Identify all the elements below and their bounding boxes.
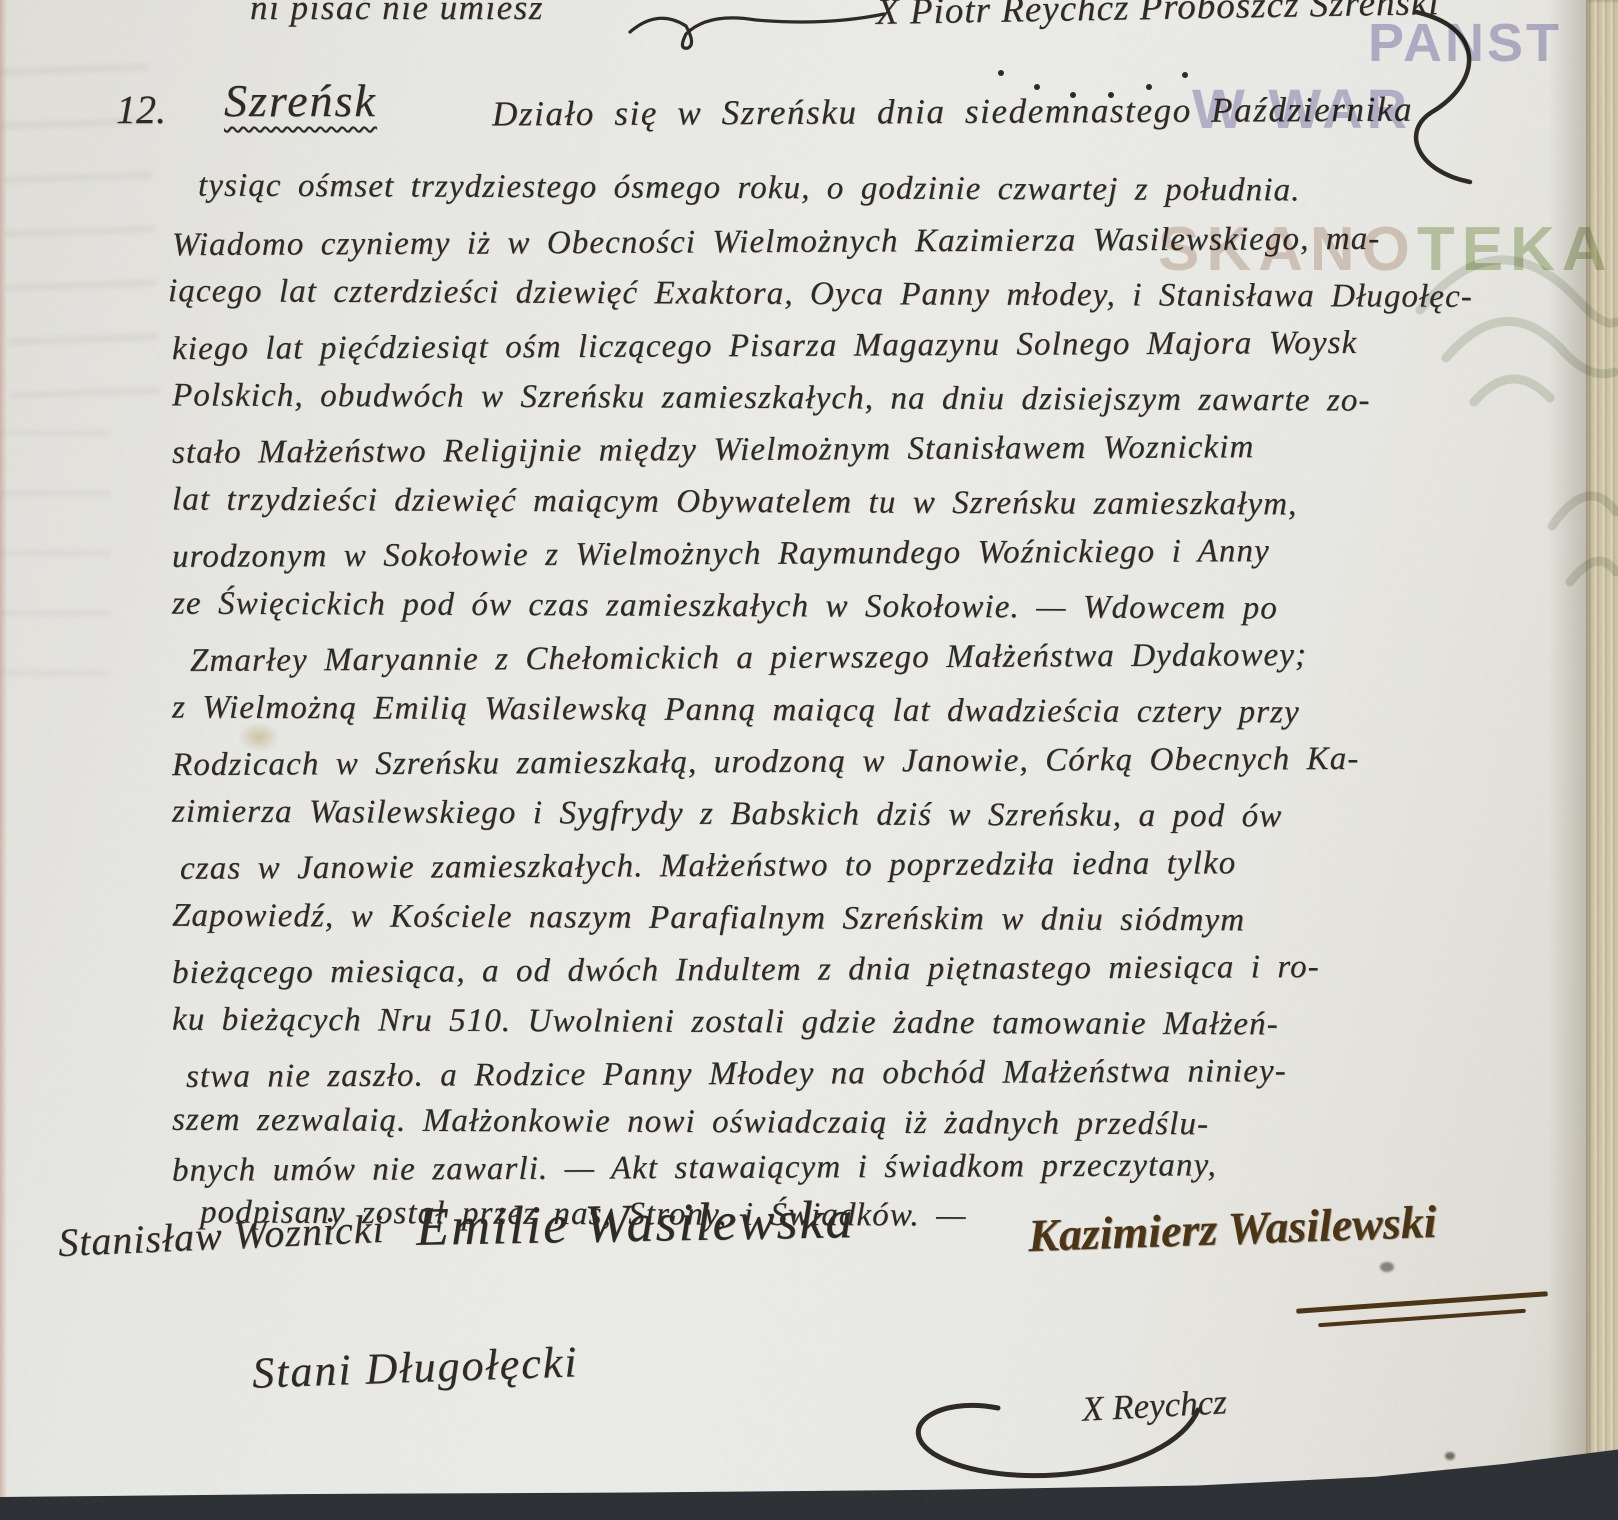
archive-watermark-text: PANST	[1368, 12, 1562, 74]
bleed-through-marks	[0, 430, 110, 690]
record-line: zimierza Wasilewskiego i Sygfrydy z Babs…	[172, 794, 1282, 836]
signature-emilie-wasilewska: Emilie Wasilewska	[415, 1188, 854, 1258]
record-line: szem zezwalaią. Małżonkowie nowi oświadc…	[172, 1102, 1209, 1144]
record-line: stało Małżeństwo Religijnie między Wielm…	[172, 429, 1255, 472]
ink-dot	[998, 70, 1004, 76]
record-line: stwa nie zaszło. a Rodzice Panny Młodey …	[186, 1053, 1287, 1096]
signature-underline	[1318, 1309, 1526, 1327]
signature-kazimierz-wasilewski: Kazimierz Wasilewski	[1027, 1195, 1437, 1262]
skanoteka-watermark-right: TEKA	[1417, 215, 1614, 284]
record-line: z Wielmożną Emilią Wasilewską Panną maią…	[172, 690, 1300, 732]
record-line: lat trzydzieści dziewięć maiącym Obywate…	[172, 482, 1298, 524]
signature-woznicki: Stanisław Woznicki	[57, 1205, 385, 1266]
record-line: czas w Janowie zamieszkałych. Małżeństwo…	[180, 845, 1237, 888]
register-page-scan: ni pisać nie umiesz X Piotr Reychcz Prob…	[0, 0, 1618, 1520]
record-line: Polskich, obudwóch w Szreńsku zamieszkał…	[172, 377, 1371, 419]
skanoteka-watermark-left: SKANO	[1158, 215, 1417, 284]
ink-speck	[1380, 1262, 1394, 1272]
ink-speck	[1445, 1452, 1455, 1460]
record-line: bieżącego miesiąca, a od dwóch Indultem …	[172, 949, 1320, 992]
archive-watermark-text: W WAR	[1192, 76, 1411, 141]
record-line: bnych umów nie zawarli. — Akt stawaiącym…	[172, 1147, 1217, 1189]
record-line: Zmarłey Maryannie z Chełomickich a pierw…	[190, 637, 1307, 680]
ink-dot	[1182, 72, 1188, 78]
record-line: Zapowiedź, w Kościele naszym Parafialnym…	[172, 898, 1245, 940]
record-place-name: Szreńsk	[224, 74, 377, 127]
record-line: Rodzicach w Szreńsku zamieszkałą, urodzo…	[172, 741, 1360, 784]
pen-flourish	[622, 2, 892, 50]
skanoteka-watermark-text: SKANOTEKA	[1158, 214, 1614, 285]
record-line: ku bieżących Nru 510. Uwolnieni zostali …	[172, 1002, 1279, 1044]
record-number: 12.	[116, 86, 166, 133]
previous-record-remnant: ni pisać nie umiesz	[250, 0, 544, 28]
page-left-edge	[0, 0, 7, 1520]
priest-annotation: X Piotr Reychcz Proboszcz Szreński	[876, 0, 1440, 34]
ink-dot	[1146, 84, 1152, 90]
record-line: tysiąc ośmset trzydziestego ósmego roku,…	[198, 168, 1301, 210]
scanner-background	[0, 1448, 1618, 1520]
signature-priest: X Reychcz	[1081, 1382, 1228, 1430]
signature-dlugolecki: Stani Długołęcki	[251, 1336, 579, 1398]
record-line: urodzonym w Sokołowie z Wielmożnych Raym…	[172, 533, 1270, 576]
ink-dot	[1034, 84, 1040, 90]
record-line: ze Święcickich pod ów czas zamieszkałych…	[172, 586, 1278, 628]
record-line: kiego lat pięćdziesiąt ośm liczącego Pis…	[172, 325, 1357, 368]
